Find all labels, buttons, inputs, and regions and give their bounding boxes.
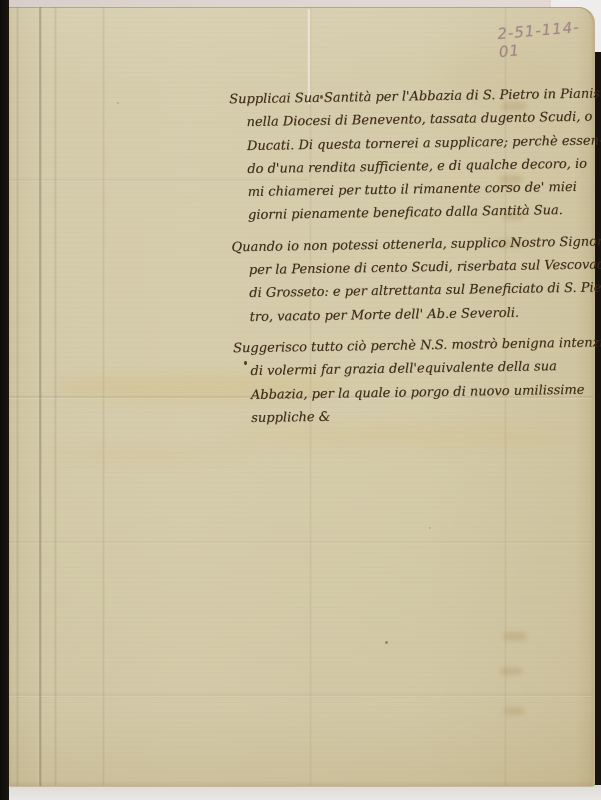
ink-bleedthrough [504, 707, 524, 715]
letter-line: tro, vacato per Morte dell' Ab.e Severol… [249, 300, 601, 329]
stain [44, 447, 254, 462]
letter-line: suppliche & [251, 401, 601, 430]
letter-line: giorni pienamente beneficato dalla Santi… [248, 199, 601, 228]
ink-bleedthrough [503, 632, 527, 641]
letter-body: Supplicai Sua Santità per l'Abbazia di S… [246, 82, 601, 438]
letter-paragraph: Suggerisco tutto ciò perchè N.S. mostrò … [250, 331, 601, 430]
foxing-speck [429, 527, 431, 529]
foxing-speck [117, 102, 119, 104]
ink-speck [244, 361, 247, 365]
fold-crease-horizontal [9, 693, 593, 697]
ink-bleedthrough [500, 667, 522, 675]
letter-paragraph: Supplicai Sua Santità per l'Abbazia di S… [246, 82, 601, 227]
scan-edge-left [0, 0, 9, 800]
archival-number: 2-51-114-01 [497, 17, 595, 61]
foxing-speck [385, 641, 388, 644]
letter-paragraph: Quando io non potessi ottenerla, supplic… [248, 230, 601, 329]
manuscript-page: 2-51-114-01 Supplicai Sua Santità per l'… [9, 7, 595, 787]
scanned-manuscript-letter: 2-51-114-01 Supplicai Sua Santità per l'… [0, 0, 601, 800]
scan-edge-bottom [0, 785, 601, 800]
fold-crease-horizontal [9, 540, 593, 544]
